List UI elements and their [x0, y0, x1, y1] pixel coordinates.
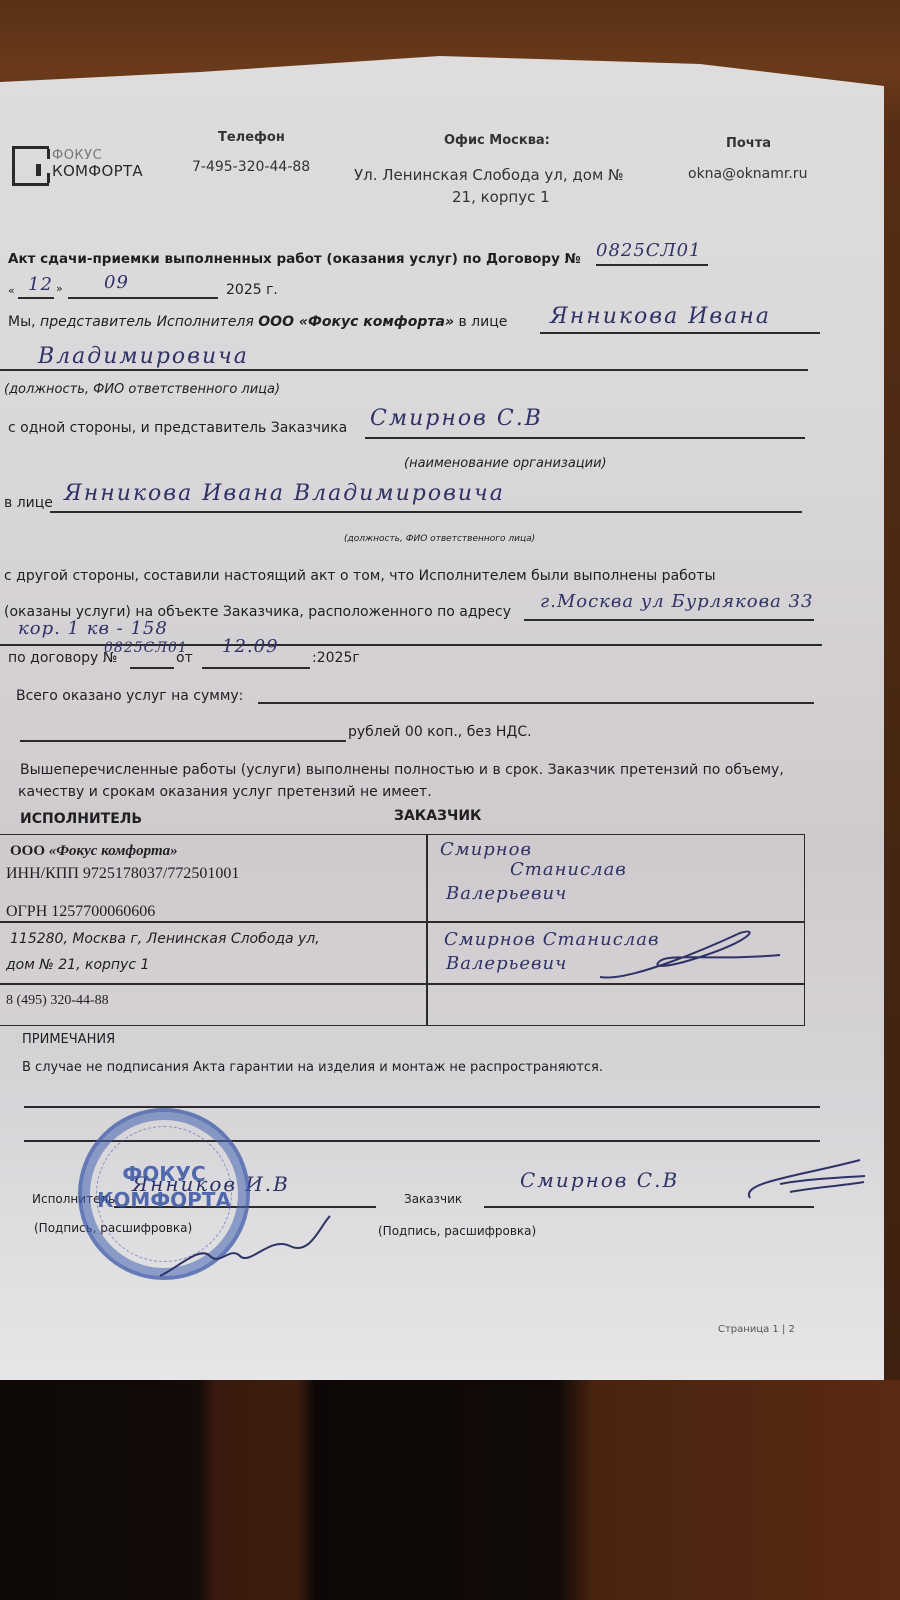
- executor-signature-icon: [140, 1206, 340, 1286]
- date-day-handwritten: 12: [28, 274, 53, 295]
- document-page: ФОКУС КОМФОРТА Телефон 7-495-320-44-88 О…: [0, 56, 884, 1380]
- rubles-text: рублей 00 коп., без НДС.: [348, 724, 532, 740]
- stamp-text-1: ФОКУС: [82, 1162, 246, 1186]
- customer-fio-1: Смирнов: [440, 839, 532, 860]
- customer-fio-2: Станислав: [510, 859, 627, 880]
- phone-label: Телефон: [218, 130, 285, 145]
- logo-mark-icon: [36, 164, 41, 176]
- date-month-handwritten: 09: [104, 272, 129, 293]
- executor-address-1: 115280, Москва г, Ленинская Слобода ул,: [10, 931, 320, 947]
- date-quote-close: »: [56, 282, 63, 295]
- notes-header: ПРИМЕЧАНИЯ: [22, 1032, 115, 1047]
- logo-icon: [12, 146, 49, 186]
- customer-caption: (должность, ФИО ответственного лица): [344, 534, 535, 544]
- executor-caption: (должность, ФИО ответственного лица): [4, 382, 280, 397]
- intro-in-person: в лице: [454, 314, 507, 330]
- intro-italic: представитель Исполнителя: [40, 314, 258, 330]
- contract-ref-date-handwritten: 12.09: [222, 636, 279, 657]
- customer-fio-3: Валерьевич: [446, 883, 567, 904]
- customer-rep-handwritten: Янникова Ивана Владимировича: [64, 481, 505, 506]
- customer-final-signature-icon: [740, 1152, 870, 1202]
- contract-ref-year: :2025г: [312, 650, 360, 666]
- contract-number-handwritten: 0825СЛ01: [596, 240, 702, 261]
- org-caption: (наименование организации): [404, 456, 607, 471]
- executor-rep-handwritten-2: Владимировича: [38, 344, 249, 369]
- customer-name-handwritten: Смирнов С.В: [370, 406, 543, 431]
- total-words-field: [20, 740, 346, 742]
- total-label: Всего оказано услуг на сумму:: [16, 688, 243, 704]
- background-below-paper: [0, 1380, 900, 1600]
- date-year: 2025 г.: [226, 282, 278, 298]
- customer-header: ЗАКАЗЧИК: [394, 808, 481, 824]
- date-quote-open: «: [8, 284, 15, 297]
- email-label: Почта: [726, 136, 771, 151]
- total-amount-field: [258, 702, 814, 704]
- one-side-text: с одной стороны, и представитель Заказчи…: [8, 420, 347, 436]
- logo-text-top: ФОКУС: [52, 148, 102, 163]
- notes-text: В случае не подписания Акта гарантии на …: [22, 1060, 603, 1075]
- customer-signature-icon: [590, 927, 790, 987]
- executor-rep-handwritten-1: Янникова Ивана: [550, 304, 771, 329]
- email-value: okna@oknamr.ru: [688, 166, 807, 182]
- executor-inn-kpp: ИНН/КПП 9725178037/772501001: [6, 865, 239, 883]
- other-side-text: с другой стороны, составили настоящий ак…: [4, 568, 716, 584]
- intro-company: ООО «Фокус комфорта»: [258, 314, 454, 330]
- customer-addr-2: Валерьевич: [446, 953, 567, 974]
- completed-text-1: Вышеперечисленные работы (услуги) выполн…: [20, 762, 784, 778]
- contract-ref-prefix: по договору №: [8, 650, 117, 666]
- executor-phone: 8 (495) 320-44-88: [6, 993, 109, 1009]
- intro-prefix: Мы,: [8, 314, 40, 330]
- office-label: Офис Москва:: [444, 133, 550, 148]
- company-prefix: ООО: [10, 843, 49, 859]
- executor-company: ООО «Фокус комфорта»: [10, 843, 178, 860]
- parties-table: ООО «Фокус комфорта» ИНН/КПП 9725178037/…: [0, 834, 805, 1026]
- executor-ogrn: ОГРН 1257700060606: [6, 903, 155, 921]
- company-name: «Фокус комфорта»: [49, 843, 178, 859]
- executor-header: ИСПОЛНИТЕЛЬ: [20, 811, 142, 827]
- phone-value: 7-495-320-44-88: [192, 159, 310, 175]
- contract-ref-from: от: [176, 650, 193, 666]
- customer-sign-caption: (Подпись, расшифровка): [378, 1224, 536, 1238]
- logo-text-bottom: КОМФОРТА: [52, 162, 143, 180]
- address-handwritten-1: г.Москва ул Бурлякова 33: [540, 591, 813, 612]
- completed-text-2: качеству и срокам оказания услуг претенз…: [18, 784, 432, 800]
- office-address-line2: 21, корпус 1: [452, 188, 550, 206]
- executor-intro: Мы, представитель Исполнителя ООО «Фокус…: [8, 314, 507, 330]
- customer-sign-label: Заказчик: [404, 1192, 462, 1206]
- office-address-line1: Ул. Ленинская Слобода ул, дом №: [354, 166, 624, 184]
- act-title: Акт сдачи-приемки выполненных работ (ока…: [8, 251, 581, 267]
- in-person-label: в лице: [4, 495, 53, 511]
- address-handwritten-2: кор. 1 кв - 158: [18, 618, 168, 639]
- executor-address-2: дом № 21, корпус 1: [6, 957, 149, 973]
- customer-sign-handwritten: Смирнов С.В: [520, 1168, 679, 1192]
- page-number: Страница 1 | 2: [718, 1324, 795, 1335]
